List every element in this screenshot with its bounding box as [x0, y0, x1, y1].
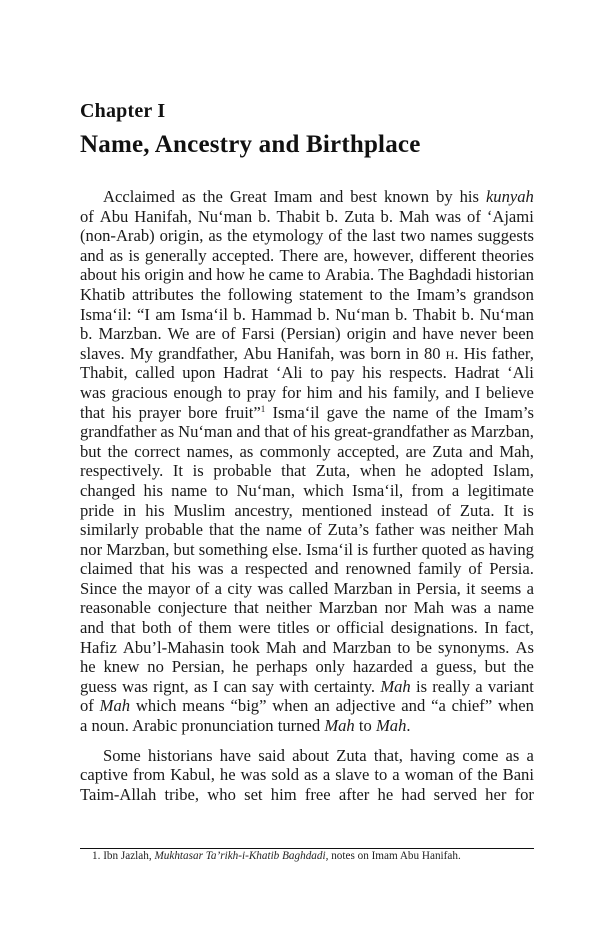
- text-run: about: [80, 265, 117, 284]
- text-run: In: [484, 618, 498, 637]
- word: was: [241, 765, 267, 785]
- text-run: suggests: [478, 226, 534, 245]
- word: to: [308, 265, 321, 285]
- word: and: [469, 442, 493, 462]
- word: pay: [331, 363, 355, 383]
- text-run: legitimate: [468, 481, 534, 500]
- text-run: Nu‘man: [335, 305, 389, 324]
- word: and: [188, 265, 212, 285]
- word: having: [410, 746, 455, 766]
- text-run: It: [504, 501, 514, 520]
- text-run: adjective: [336, 696, 396, 715]
- text-run: had: [401, 785, 425, 804]
- text-run: his: [145, 501, 164, 520]
- text-run: for: [515, 785, 534, 804]
- text-run: been: [503, 324, 534, 343]
- word: have: [422, 324, 453, 344]
- word: As: [515, 638, 533, 658]
- text-line: abouthisoriginandhowhecametoArabia.TheBa…: [80, 265, 534, 285]
- word: Imam: [274, 187, 313, 207]
- text-run: else.: [272, 540, 302, 559]
- word: as: [471, 540, 485, 560]
- word: “big”: [231, 696, 267, 716]
- text-run: ancestry,: [234, 501, 292, 520]
- word: legitimate: [468, 481, 534, 501]
- text-run: slaves.: [80, 344, 125, 363]
- text-run: of: [328, 226, 342, 245]
- word: claimed: [80, 559, 133, 579]
- text-run: and: [80, 618, 104, 637]
- word: in: [406, 344, 419, 366]
- word: was: [80, 383, 106, 403]
- word: Mah: [503, 520, 533, 540]
- word: I: [213, 677, 219, 697]
- word: quoted: [422, 540, 467, 560]
- word: is: [357, 540, 368, 560]
- text-run: bore: [188, 403, 218, 422]
- word: Abu: [100, 207, 129, 227]
- word: the: [457, 403, 477, 423]
- word: them: [199, 618, 232, 638]
- text-run: is: [193, 461, 204, 480]
- text-run: was: [435, 207, 461, 226]
- text-run: family: [418, 559, 461, 578]
- text-line: andasisgenerallyaccepted.Thereare,howeve…: [80, 246, 534, 266]
- word: origin: [347, 324, 387, 344]
- text-run: is: [357, 540, 368, 559]
- text-run: perhaps: [256, 657, 308, 676]
- italic-term: kunyah: [486, 187, 534, 206]
- word: his: [460, 187, 479, 207]
- text-run: Arabic: [132, 716, 177, 735]
- text-run: hazarded: [353, 657, 413, 676]
- word: b.: [326, 207, 338, 227]
- text-run: that: [264, 422, 289, 441]
- text-line: (non-Arab)origin,astheetymologyofthelast…: [80, 226, 534, 246]
- word: Kabul,: [170, 765, 215, 785]
- text-run: set: [244, 785, 262, 804]
- text-run: of: [437, 501, 451, 520]
- word: about: [292, 746, 329, 766]
- text-run: accepted,: [337, 442, 399, 461]
- word: Farsi: [242, 324, 275, 344]
- word: a: [215, 579, 222, 599]
- word: Abu’l-Mahasin: [123, 638, 224, 658]
- word: of: [178, 618, 192, 638]
- word: his: [171, 559, 190, 579]
- text-run: .: [406, 716, 410, 735]
- word: was: [420, 520, 446, 540]
- text-run: (Persian): [281, 324, 341, 343]
- word: of: [459, 765, 473, 785]
- chapter-label: Chapter I: [80, 100, 165, 123]
- word: Mah: [414, 598, 444, 618]
- italic-term: Mah: [324, 716, 354, 735]
- text-run: called: [135, 363, 175, 382]
- word: woman: [405, 765, 454, 785]
- text-line: Taim-Allahtribe,whosethimfreeafterhehads…: [80, 785, 534, 805]
- text-run: Persian,: [172, 657, 225, 676]
- word: gracious: [112, 383, 168, 403]
- word: Mah: [324, 716, 354, 735]
- text-run: names: [430, 226, 472, 245]
- text-run: from: [411, 481, 443, 500]
- text-run: turned: [278, 716, 320, 735]
- text-run: commonly: [260, 442, 331, 461]
- text-run: great-grandfather: [334, 422, 449, 441]
- text-run: of: [80, 696, 94, 715]
- word: say: [252, 677, 274, 697]
- text-run: was: [122, 677, 148, 696]
- text-run: b.: [462, 305, 474, 324]
- text-run: the: [122, 579, 142, 598]
- text-run: Arabia.: [325, 265, 374, 284]
- text-line: Thabit,calleduponHadrat‘Alitopayhisrespe…: [80, 363, 534, 383]
- text-run: Muslim: [174, 501, 226, 520]
- text-run: the: [389, 285, 409, 304]
- text-run: he: [233, 657, 249, 676]
- text-line: thathisprayerborefruit”1Isma‘ilgavethena…: [80, 403, 534, 423]
- text-run: to: [310, 363, 323, 382]
- text-run: of: [196, 579, 210, 598]
- word: etymology: [252, 226, 323, 246]
- word: respected: [245, 559, 308, 579]
- word: both: [142, 618, 172, 638]
- word: nor: [80, 540, 102, 560]
- text-run: his: [368, 383, 387, 402]
- word: took: [230, 638, 260, 658]
- text-run: to: [308, 265, 321, 284]
- text-run: adopted: [431, 461, 484, 480]
- word: Mah: [399, 207, 429, 227]
- text-run: b.: [381, 207, 393, 226]
- word: is: [416, 677, 427, 697]
- text-line: guesswasrignt,asIcansaywithcertainty.Mah…: [80, 677, 534, 697]
- text-run: best: [350, 187, 377, 206]
- word: origin: [144, 265, 184, 285]
- text-run: of: [436, 403, 450, 422]
- word: an: [314, 696, 330, 716]
- text-run: guess,: [436, 657, 477, 676]
- text-run: a: [527, 746, 534, 765]
- text-run: theories: [481, 246, 534, 265]
- text-run: born: [370, 344, 400, 363]
- text-run: I: [213, 677, 219, 696]
- word: His: [464, 344, 487, 366]
- text-run: knew: [104, 657, 140, 676]
- word: it: [466, 579, 475, 599]
- text-run: slave: [335, 765, 369, 784]
- text-run: a: [475, 677, 482, 696]
- text-run: Abu: [100, 207, 129, 226]
- text-run: seems: [481, 579, 522, 598]
- text-run: the: [203, 187, 223, 206]
- word: variant: [488, 677, 534, 697]
- text-line: norMarzban,butsomethingelse.Isma‘ilisfur…: [80, 540, 534, 560]
- text-run: b.: [317, 305, 329, 324]
- word: that: [264, 422, 289, 442]
- word: I: [475, 383, 481, 403]
- text-run: is: [416, 677, 427, 696]
- text-run: when: [498, 696, 534, 715]
- text-run: and: [80, 246, 104, 265]
- text-run: accepted.: [212, 246, 274, 265]
- text-run: a: [392, 765, 399, 784]
- word: Abu: [243, 344, 272, 366]
- text-run: the: [240, 520, 260, 539]
- word: designations.: [391, 618, 478, 638]
- word: his: [311, 422, 330, 442]
- word: as: [304, 765, 318, 785]
- text-run: Hanifah,: [277, 344, 335, 363]
- text-run: similarly: [80, 520, 139, 539]
- word: respects.: [389, 363, 447, 383]
- text-line: SincethemayorofacitywascalledMarzbaninPe…: [80, 579, 534, 599]
- word: after: [339, 785, 369, 805]
- text-line: respectively.ItisprobablethatZuta,whenhe…: [80, 461, 534, 481]
- word: was: [339, 344, 365, 366]
- text-run: to: [397, 638, 410, 657]
- text-run: him: [307, 383, 333, 402]
- word: which: [303, 481, 344, 501]
- text-run: of: [80, 207, 94, 226]
- text-run: when: [360, 461, 396, 480]
- word: a: [231, 559, 238, 579]
- word: to: [310, 363, 323, 383]
- text-run: by: [436, 187, 453, 206]
- text-run: never: [460, 324, 497, 343]
- footnote: 1. Ibn Jazlah, Mukhtasar Ta’rikh-i-Khati…: [92, 850, 461, 862]
- text-run: Zuta: [336, 746, 366, 765]
- word: Hadrat: [454, 363, 499, 383]
- word: or: [316, 618, 330, 638]
- text-run: name: [498, 598, 534, 617]
- word: to: [215, 481, 228, 501]
- text-run: gracious: [112, 383, 168, 402]
- text-run: I: [475, 383, 481, 402]
- word: rignt,: [153, 677, 189, 697]
- text-run: are,: [324, 246, 348, 265]
- text-run: how: [216, 265, 245, 284]
- text-run: certainty.: [314, 677, 375, 696]
- text-line: captivefromKabul,hewassoldasaslavetoawom…: [80, 765, 534, 785]
- word: b.: [395, 305, 407, 325]
- text-run: his: [144, 481, 163, 500]
- text-run: come: [462, 746, 498, 765]
- word: name: [393, 403, 429, 423]
- text-run: a: [80, 716, 87, 735]
- text-run: are: [195, 324, 215, 343]
- word: family: [418, 559, 461, 579]
- word: mayor: [148, 579, 190, 599]
- word: is: [193, 461, 204, 481]
- word: Hafiz: [80, 638, 117, 658]
- word: in: [123, 501, 136, 521]
- word: he: [233, 657, 249, 677]
- word: Zuta,: [316, 461, 351, 481]
- text-run: historians: [148, 746, 213, 765]
- word: he: [378, 785, 394, 805]
- word: the: [347, 226, 367, 246]
- word: of: [196, 579, 210, 599]
- word: that: [80, 403, 105, 423]
- word: been: [503, 324, 534, 344]
- text-line: prideinhisMuslimancestry,mentionedinstea…: [80, 501, 534, 521]
- text-run: Marzban,: [106, 540, 169, 559]
- chapter-title: Name, Ancestry and Birthplace: [80, 131, 421, 159]
- text-run: b.: [326, 207, 338, 226]
- word: Persia,: [416, 579, 461, 599]
- word: that: [111, 618, 136, 638]
- text-run: Acclaimed: [103, 187, 175, 206]
- word: following: [228, 285, 293, 305]
- text-run: guess: [80, 677, 117, 696]
- text-run: the: [457, 403, 477, 422]
- text-run: designations.: [391, 618, 478, 637]
- word: great-grandfather: [334, 422, 449, 442]
- word: the: [227, 226, 247, 246]
- text-run: probable: [213, 461, 271, 480]
- word: H.: [446, 344, 459, 366]
- text-line: grandfatherasNu‘manandthatofhisgreat-gra…: [80, 422, 534, 442]
- word: his: [121, 265, 140, 285]
- text-line: HafizAbu’l-MahasintookMahandMarzbantobes…: [80, 638, 534, 658]
- text-run: names,: [187, 442, 234, 461]
- text-run: were: [238, 618, 270, 637]
- text-run: mentioned: [302, 501, 372, 520]
- word: was: [451, 598, 477, 618]
- word: father,: [492, 344, 534, 366]
- word: Thabit,: [80, 363, 127, 383]
- word: Nu‘man: [178, 422, 232, 442]
- word: Marzban.: [98, 324, 161, 344]
- text-run: Thabit: [413, 305, 456, 324]
- text-run: grandfather,: [158, 344, 238, 363]
- word: Mah: [266, 638, 296, 658]
- text-run: We: [168, 324, 190, 343]
- text-run: and: [338, 383, 362, 402]
- word: to: [374, 765, 387, 785]
- text-run: it: [466, 579, 475, 598]
- word: Nu‘man,: [236, 481, 295, 501]
- text-run: b.: [258, 207, 270, 226]
- text-run: of: [467, 207, 481, 226]
- word: Imam’s: [416, 285, 466, 305]
- word: Islam,: [493, 461, 534, 481]
- text-run: neither: [451, 520, 497, 539]
- text-run: Isma‘il,: [352, 481, 403, 500]
- text-run: two: [400, 226, 425, 245]
- text-run: Zuta’s: [328, 520, 369, 539]
- text-line: butthecorrectnames,ascommonlyaccepted,ar…: [80, 442, 534, 462]
- word: theories: [481, 246, 534, 266]
- text-run: Hammad: [251, 305, 312, 324]
- text-run: Taim-Allah: [80, 785, 156, 804]
- word: called: [135, 363, 175, 383]
- text-run: Hadrat: [454, 363, 499, 382]
- text-run: Imam’s: [416, 285, 466, 304]
- text-run: upon: [182, 363, 215, 382]
- text-run: the: [365, 403, 385, 422]
- text-run: ‘Ajami: [487, 207, 534, 226]
- text-run: Some: [103, 746, 141, 765]
- text-run: was: [241, 765, 267, 784]
- word: fact,: [505, 618, 534, 638]
- text-run: Hanifah,: [134, 207, 192, 226]
- word: the: [240, 520, 260, 540]
- word: the: [389, 285, 409, 305]
- word: captive: [80, 765, 128, 785]
- word: a: [475, 677, 482, 697]
- text-run: variant: [488, 677, 534, 696]
- text-run: that: [209, 520, 234, 539]
- word: of: [328, 226, 342, 246]
- word: for: [515, 785, 534, 805]
- text-run: Nu‘man: [178, 422, 232, 441]
- word: probable: [145, 520, 203, 540]
- word: pride: [80, 501, 114, 521]
- text-run: chief”: [452, 696, 493, 715]
- text-run: 80: [424, 344, 441, 363]
- text-run: There: [280, 246, 319, 265]
- text-run: The: [378, 265, 404, 284]
- text-run: in: [406, 344, 419, 363]
- word: Nu‘man: [198, 207, 252, 227]
- word: however,: [353, 246, 414, 266]
- text-run: known: [384, 187, 429, 206]
- word: Imam’s: [484, 403, 534, 423]
- word: hazarded: [353, 657, 413, 677]
- text-run: a: [421, 657, 428, 676]
- word: but: [173, 540, 194, 560]
- word: a: [484, 598, 491, 618]
- word: but: [485, 657, 506, 677]
- text-run: official: [336, 618, 384, 637]
- word: Arabia.: [325, 265, 374, 285]
- word: only: [315, 657, 345, 677]
- text-run: a: [527, 579, 534, 598]
- text-run: Hafiz: [80, 638, 117, 657]
- word: as: [453, 422, 467, 442]
- word: and: [319, 187, 343, 207]
- text-run: as: [109, 246, 123, 265]
- text-run: Abu’l-Mahasin: [123, 638, 224, 657]
- word: generally: [145, 246, 207, 266]
- text-run: but: [485, 657, 506, 676]
- text-run: historian: [476, 265, 534, 284]
- word: the: [365, 403, 385, 423]
- text-run: name: [393, 403, 429, 422]
- text-run: and: [302, 638, 326, 657]
- text-run: Nu‘man,: [236, 481, 295, 500]
- word: The: [378, 265, 404, 285]
- word: never: [460, 324, 497, 344]
- paragraph: AcclaimedastheGreatImamandbestknownbyhis…: [80, 187, 534, 736]
- word: My: [130, 344, 153, 366]
- word: of: [436, 403, 450, 423]
- word: gave: [327, 403, 358, 423]
- text-run: Khatib: [80, 285, 125, 304]
- text-run: pride: [80, 501, 114, 520]
- word: origin,: [160, 226, 204, 246]
- word: with: [279, 677, 309, 697]
- text-run: a: [452, 481, 459, 500]
- text-run: Hadrat: [223, 363, 268, 382]
- text-run: be: [416, 638, 432, 657]
- text-run: is: [523, 501, 534, 520]
- word: served: [434, 785, 477, 805]
- word: Khatib: [80, 285, 125, 305]
